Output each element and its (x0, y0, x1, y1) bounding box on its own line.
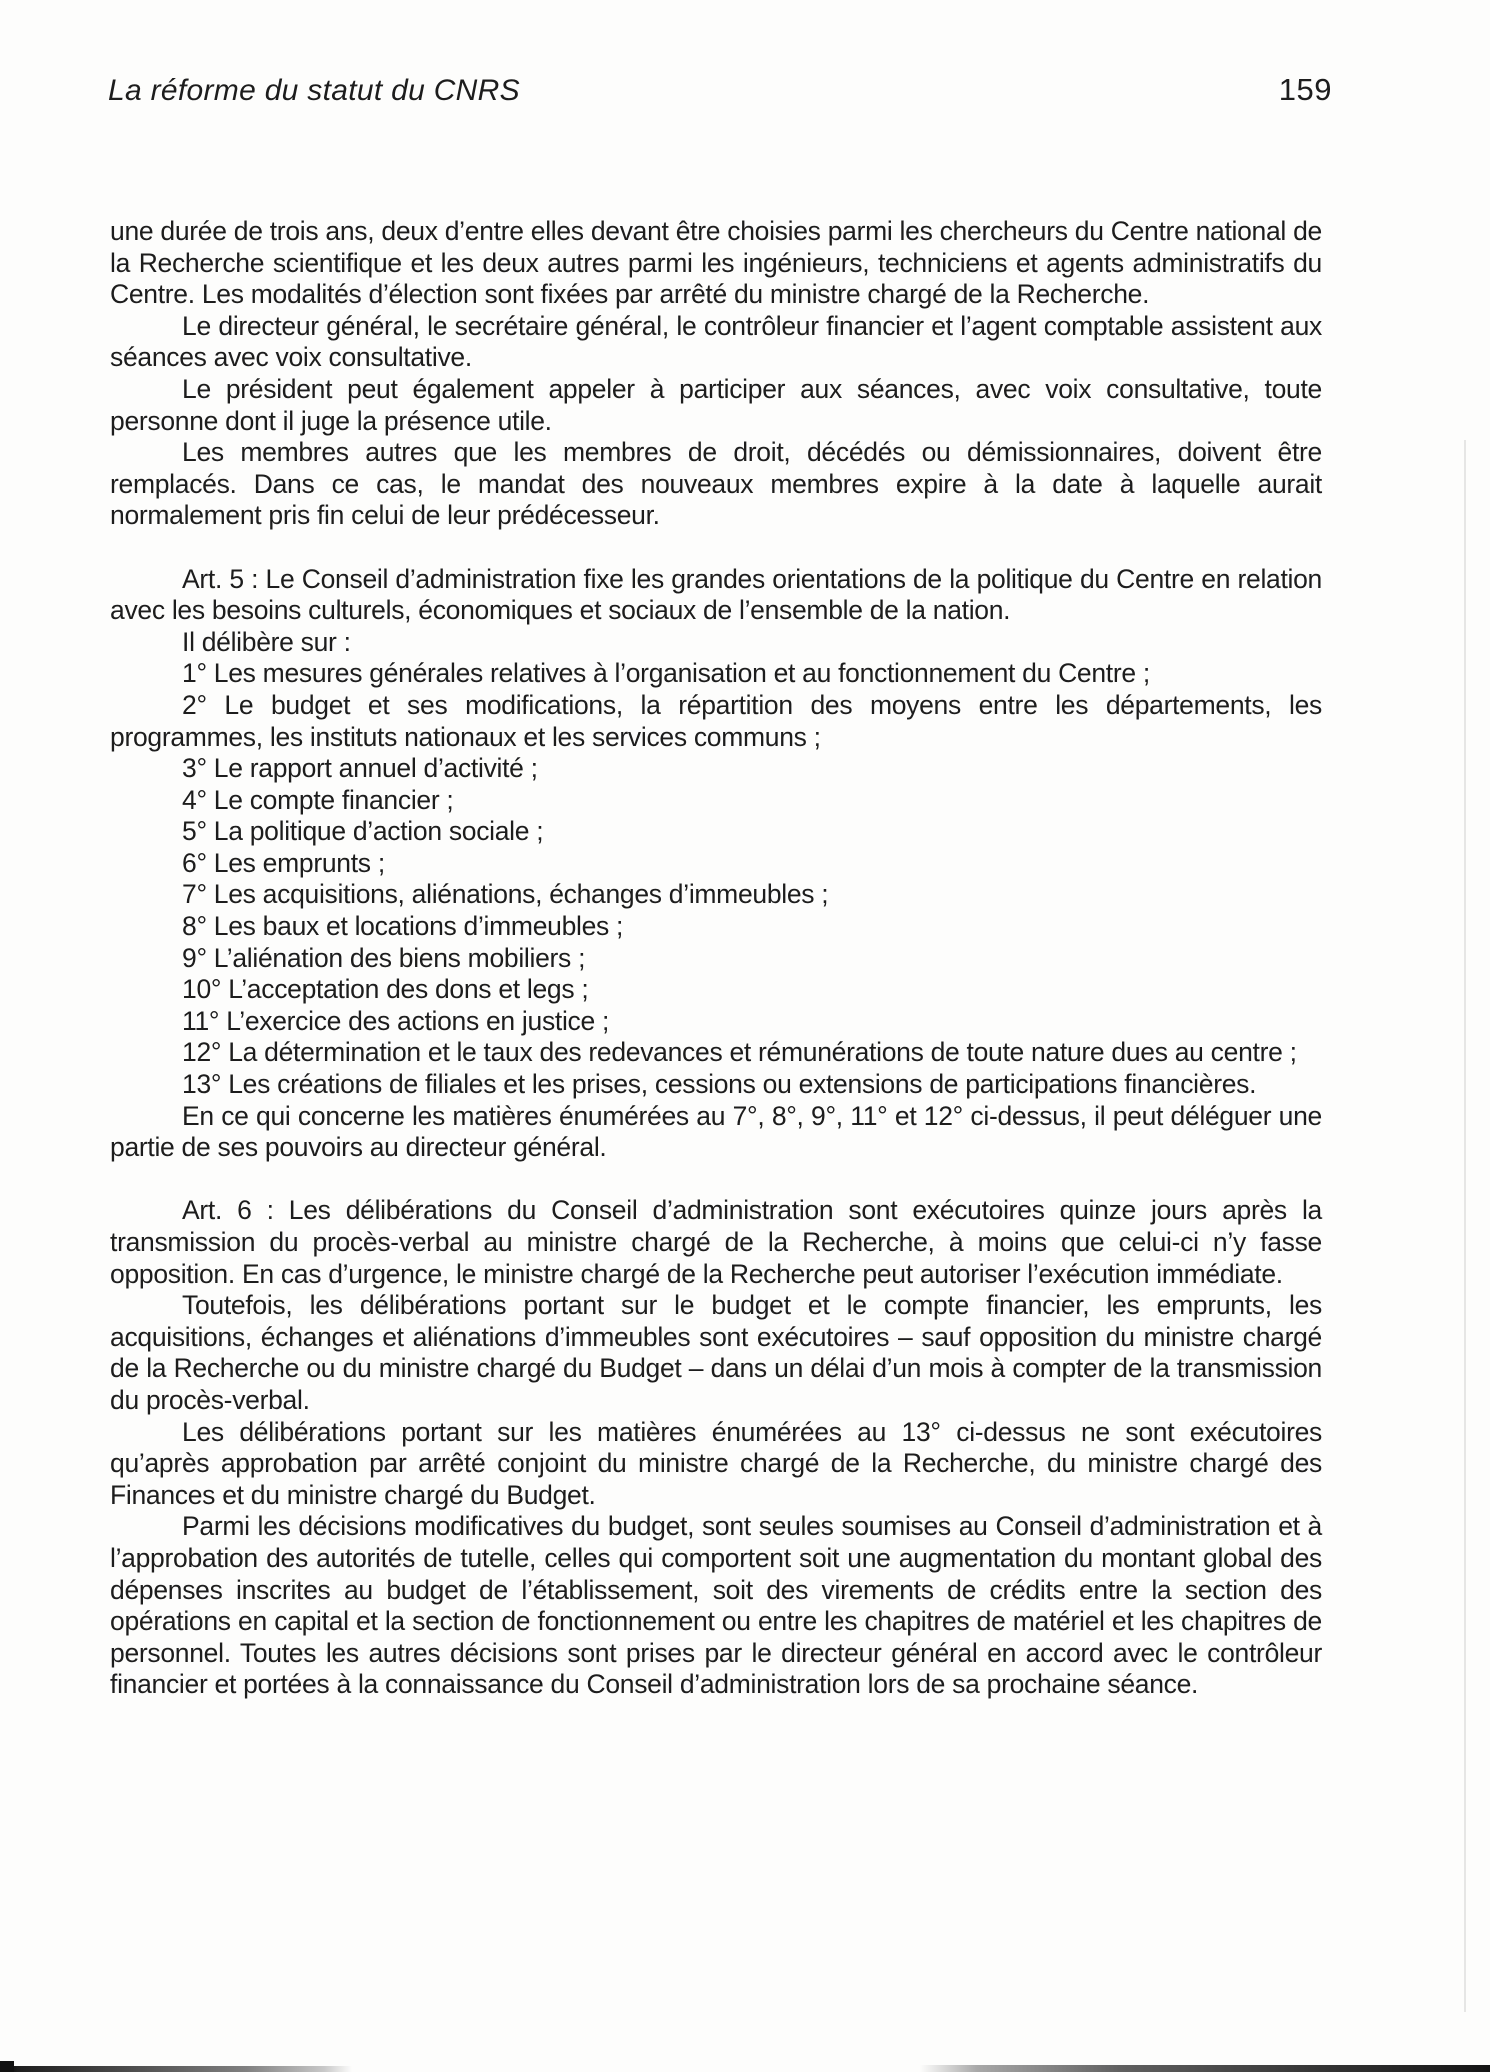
paragraph: Le président peut également appeler à pa… (110, 374, 1322, 437)
body-text: une durée de trois ans, deux d’entre ell… (110, 216, 1322, 1701)
page-number: 159 (1279, 72, 1332, 108)
paragraph: Art. 6 : Les délibérations du Conseil d’… (110, 1195, 1322, 1290)
paragraph: 1° Les mesures générales relatives à l’o… (110, 658, 1322, 690)
paragraph: 2° Le budget et ses modifications, la ré… (110, 690, 1322, 753)
paragraph: 6° Les emprunts ; (110, 848, 1322, 880)
paragraph: 12° La détermination et le taux des rede… (110, 1037, 1322, 1069)
scan-artifact-corner (0, 2061, 14, 2072)
running-title: La réforme du statut du CNRS (108, 74, 520, 108)
paragraph: 10° L’acceptation des dons et legs ; (110, 974, 1322, 1006)
paragraph: En ce qui concerne les matières énumérée… (110, 1101, 1322, 1164)
paragraph: Les membres autres que les membres de dr… (110, 437, 1322, 532)
paragraph: Art. 5 : Le Conseil d’administration fix… (110, 564, 1322, 627)
paragraph: 3° Le rapport annuel d’activité ; (110, 753, 1322, 785)
scan-artifact-bottom-right (920, 2065, 1490, 2072)
paragraph: une durée de trois ans, deux d’entre ell… (110, 216, 1322, 311)
paragraph: Les délibérations portant sur les matièr… (110, 1417, 1322, 1512)
paragraph: 4° Le compte financier ; (110, 785, 1322, 817)
paragraph: Toutefois, les délibérations portant sur… (110, 1290, 1322, 1416)
paragraph: 7° Les acquisitions, aliénations, échang… (110, 879, 1322, 911)
scan-artifact-right-line (1464, 440, 1466, 2012)
paragraph: 11° L’exercice des actions en justice ; (110, 1006, 1322, 1038)
paragraph: 13° Les créations de filiales et les pri… (110, 1069, 1322, 1101)
paragraph: Parmi les décisions modificatives du bud… (110, 1511, 1322, 1701)
paragraph: 8° Les baux et locations d’immeubles ; (110, 911, 1322, 943)
scan-artifact-bottom-left (0, 2066, 352, 2072)
document-page: La réforme du statut du CNRS 159 une dur… (0, 0, 1490, 2072)
paragraph: 5° La politique d’action sociale ; (110, 816, 1322, 848)
paragraph: Le directeur général, le secrétaire géné… (110, 311, 1322, 374)
paragraph: 9° L’aliénation des biens mobiliers ; (110, 943, 1322, 975)
page-header: La réforme du statut du CNRS 159 (108, 72, 1332, 108)
paragraph: Il délibère sur : (110, 627, 1322, 659)
